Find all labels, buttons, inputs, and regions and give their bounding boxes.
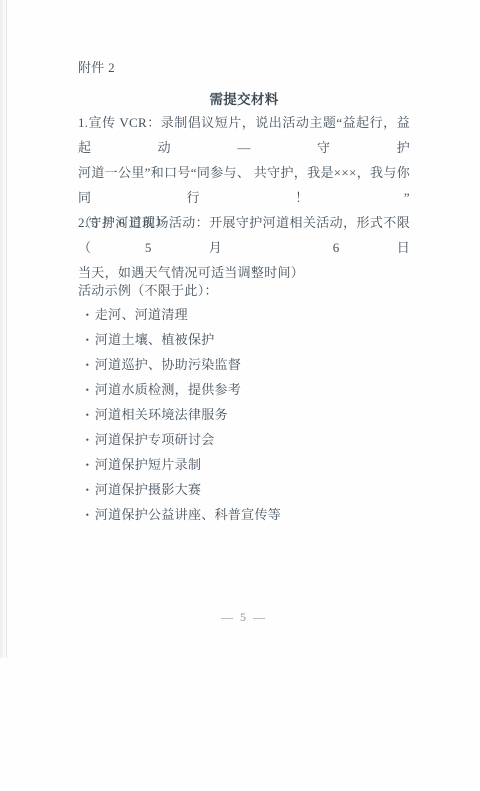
page-number: — 5 — [78,610,410,625]
bullet-dot-icon: • [86,405,90,424]
list-item: •河道保护公益讲座、科普宣传等 [78,502,410,527]
bullet-dot-icon: • [86,355,90,374]
list-item: •河道保护摄影大赛 [78,477,410,502]
paragraph-line: 2.守护河道现场活动：开展守护河道相关活动，形式不限（5 月 6 日 [78,210,410,260]
list-item: •河道水质检测，提供参考 [78,377,410,402]
bullet-dot-icon: • [86,455,90,474]
scan-edge-shadow [0,0,7,658]
list-item: •河道土壤、植被保护 [78,327,410,352]
list-item-label: 河道水质检测，提供参考 [95,382,241,397]
list-item-label: 河道相关环境法律服务 [95,407,228,422]
list-item: •河道巡护、协助污染监督 [78,352,410,377]
list-item: •河道保护专项研讨会 [78,427,410,452]
list-item: •河道保护短片录制 [78,452,410,477]
document-page: 附件 2 需提交材料 1.宣传 VCR：录制倡议短片，说出活动主题“益起行，益起… [0,0,480,791]
paragraph-line: 河道一公里”和口号“同参与、 共守护，我是×××，我与你同行！” [78,160,410,210]
list-item-label: 河道保护短片录制 [95,457,201,472]
list-item: •河道相关环境法律服务 [78,402,410,427]
paragraph-onsite-activity: 2.守护河道现场活动：开展守护河道相关活动，形式不限（5 月 6 日 当天，如遇… [78,210,410,285]
bullet-dot-icon: • [86,305,90,324]
bullet-dot-icon: • [86,430,90,449]
list-item-label: 河道保护摄影大赛 [95,482,201,497]
page-title: 需提交材料 [78,88,410,108]
list-item-label: 河道保护公益讲座、科普宣传等 [95,507,281,522]
activities-heading: 活动示例（不限于此）： [78,280,410,299]
list-item-label: 河道巡护、协助污染监督 [95,357,241,372]
list-item-label: 河道保护专项研讨会 [95,432,215,447]
bullet-dot-icon: • [86,380,90,399]
list-item: •走河、河道清理 [78,302,410,327]
attachment-label: 附件 2 [78,57,410,76]
bullet-dot-icon: • [86,480,90,499]
paragraph-line: 1.宣传 VCR：录制倡议短片，说出活动主题“益起行，益起动—守护 [78,110,410,160]
activities-list: •走河、河道清理 •河道土壤、植被保护 •河道巡护、协助污染监督 •河道水质检测… [78,302,410,527]
list-item-label: 走河、河道清理 [95,307,188,322]
bullet-dot-icon: • [86,505,90,524]
bullet-dot-icon: • [86,330,90,349]
list-item-label: 河道土壤、植被保护 [95,332,215,347]
